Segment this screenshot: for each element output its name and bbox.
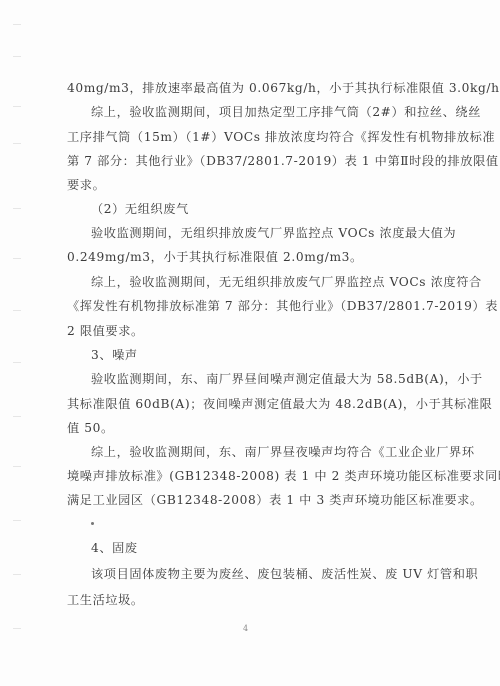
text-line: 2 限值要求。 xyxy=(67,323,427,339)
text-line: 值 50。 xyxy=(67,420,427,436)
stray-dot xyxy=(91,522,94,525)
text-line: 工生活垃圾。 xyxy=(67,592,427,608)
margin-mark xyxy=(13,143,21,144)
text-line: 《挥发性有机物排放标准第 7 部分：其他行业》（DB37/2801.7-2019… xyxy=(67,298,427,314)
text-line: 4、固废 xyxy=(91,540,427,556)
margin-mark xyxy=(13,574,21,575)
text-line: 综上，验收监测期间，东、南厂界昼夜噪声均符合《工业企业厂界环 xyxy=(91,444,427,460)
page-number: 4 xyxy=(243,624,248,633)
text-line: 其标准限值 60dB(A)；夜间噪声测定值最大为 48.2dB(A)，小于其标准… xyxy=(67,396,427,412)
margin-mark xyxy=(13,466,21,467)
text-line: 满足工业园区（GB12348-2008）表 1 中 3 类声环境功能区标准要求。 xyxy=(67,492,427,508)
text-line: 工序排气筒（15m）（1#）VOCs 排放浓度均符合《挥发性有机物排放标准 xyxy=(67,129,427,145)
margin-mark xyxy=(13,258,21,259)
margin-mark xyxy=(13,106,21,107)
text-line: 3、噪声 xyxy=(91,347,427,363)
margin-mark xyxy=(13,56,21,57)
document-page: 40mg/m3，排放速率最高值为 0.067kg/h，小于其执行标准限值 3.0… xyxy=(0,0,500,686)
text-line: 验收监测期间，无组织排放废气厂界监控点 VOCs 浓度最大值为 xyxy=(91,225,427,241)
text-line: 综上，验收监测期间，无无组织排放废气厂界监控点 VOCs 浓度符合 xyxy=(91,274,427,290)
margin-mark xyxy=(13,362,21,363)
margin-mark xyxy=(13,416,21,417)
text-line: 境噪声排放标准》(GB12348-2008) 表 1 中 2 类声环境功能区标准… xyxy=(67,468,427,484)
text-line: （2）无组织废气 xyxy=(91,201,427,217)
text-line: 0.249mg/m3，小于其执行标准限值 2.0mg/m3。 xyxy=(67,249,427,265)
margin-mark xyxy=(13,208,21,209)
margin-mark xyxy=(13,628,21,629)
text-line: 该项目固体废物主要为废丝、废包装桶、废活性炭、废 UV 灯管和职 xyxy=(91,566,427,582)
text-line: 第 7 部分：其他行业》（DB37/2801.7-2019）表 1 中第Ⅱ时段的… xyxy=(67,153,427,169)
text-line: 40mg/m3，排放速率最高值为 0.067kg/h，小于其执行标准限值 3.0… xyxy=(67,80,427,96)
text-line: 要求。 xyxy=(67,177,427,193)
text-line: 综上，验收监测期间，项目加热定型工序排气筒（2#）和拉丝、绕丝 xyxy=(91,104,427,120)
margin-mark xyxy=(13,310,21,311)
margin-mark xyxy=(13,520,21,521)
text-line: 验收监测期间，东、南厂界昼间噪声测定值最大为 58.5dB(A)，小于 xyxy=(91,371,427,387)
margin-mark xyxy=(13,24,21,25)
